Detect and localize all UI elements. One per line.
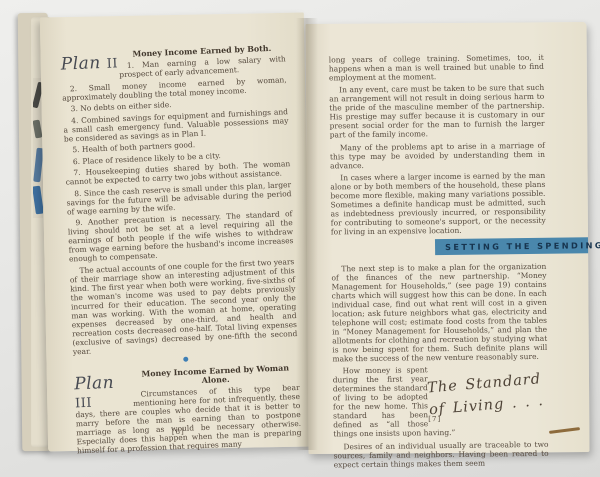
plan2-script-label: Plan II bbox=[60, 50, 119, 75]
paragraph: The next step is to make a plan for the … bbox=[331, 261, 547, 363]
paragraph: Many of the problems apt to arise in a m… bbox=[330, 140, 545, 170]
plan2-summary: The actual accounts of one couple for th… bbox=[69, 257, 298, 356]
left-page-number: [6] bbox=[172, 428, 185, 436]
margin-note-area: The Standard of Living . . . bbox=[426, 360, 550, 426]
plan2-item-9: 9. Another precaution is necessary. The … bbox=[67, 209, 294, 263]
section-divider-dot bbox=[183, 356, 188, 361]
section-banner: SETTING THE SPENDING PACE bbox=[435, 237, 588, 254]
left-page-content: Plan II Money Income Earned by Both. 1. … bbox=[35, 10, 317, 460]
plan2-section: Plan II Money Income Earned by Both. 1. … bbox=[60, 43, 298, 356]
paragraph: long years of college training. Sometime… bbox=[329, 53, 544, 83]
paragraph: In cases where a larger income is earned… bbox=[330, 171, 546, 237]
book-photo-scene: Plan II Money Income Earned by Both. 1. … bbox=[0, 0, 600, 477]
paragraph: In any event, care must be taken to be s… bbox=[329, 83, 545, 140]
plan3-section: Plan III Money Income Earned by Woman Al… bbox=[74, 362, 302, 458]
right-page-content: long years of college training. Sometime… bbox=[304, 21, 590, 472]
margin-note-script: The Standard of Living . . . bbox=[426, 368, 549, 422]
left-page: Plan II Money Income Earned by Both. 1. … bbox=[40, 13, 312, 452]
right-page: long years of college training. Sometime… bbox=[306, 22, 590, 454]
right-page-number: [7] bbox=[428, 415, 441, 423]
plan3-script-label: Plan III bbox=[74, 369, 133, 404]
section-banner-label: SETTING THE SPENDING PACE bbox=[445, 239, 600, 251]
paragraph: Desires of an individual usually are tra… bbox=[333, 439, 548, 469]
